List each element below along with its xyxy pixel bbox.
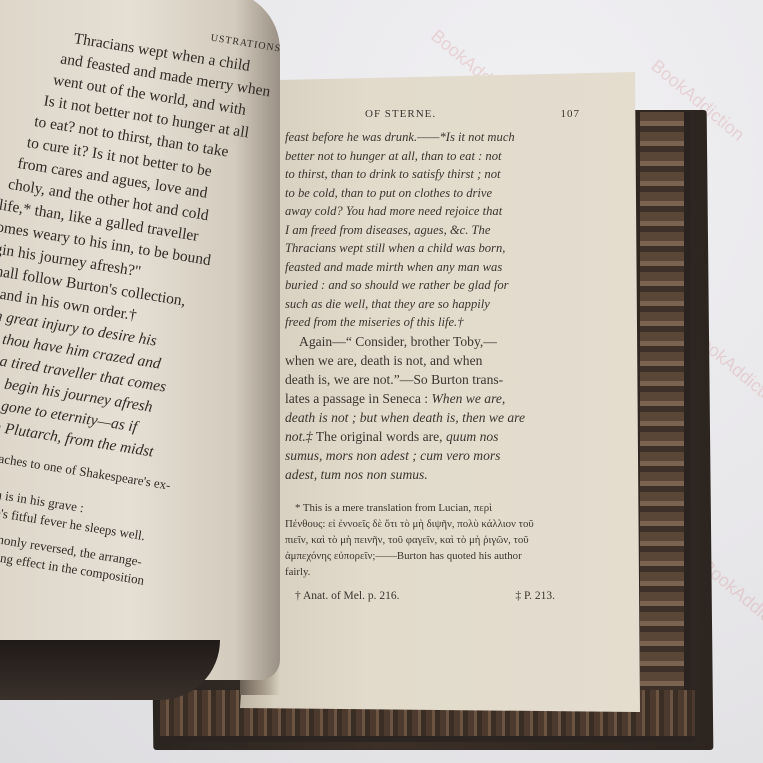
text-line: to be cold, than to put on clothes to dr… [285, 184, 580, 203]
running-head: OF STERNE. 107 [285, 108, 580, 120]
text-line: better not to hunger at all, than to eat… [285, 147, 580, 166]
footnote-line: πιεῖν, καὶ τὸ μὴ πεινῆν, τοῦ φαγεῖν, καὶ… [285, 532, 580, 548]
text-line: buried : and so should we rather be glad… [285, 276, 580, 295]
text-line: sumus, mors non adest ; cum vero mors [285, 446, 580, 465]
left-page-curl-shadow [0, 640, 220, 700]
page-number: 107 [561, 108, 581, 120]
running-head-title: OF STERNE. [365, 108, 436, 120]
footnote-references: † Anat. of Mel. p. 216. ‡ P. 213. [295, 590, 555, 602]
text-span: The original words are, [313, 429, 446, 444]
text-line: away cold? You had more need rejoice tha… [285, 202, 580, 221]
text-line: such as die well, that they are so happi… [285, 295, 580, 314]
footnote-double-dagger: ‡ P. 213. [515, 590, 555, 602]
footnote-line: Πένθους: εἰ ἐννοεῖς δὲ ὅτι τὸ μὴ διψῆν, … [285, 516, 580, 532]
text-span: When we are, [431, 391, 505, 406]
right-page-text: OF STERNE. 107 feast before he was drunk… [285, 108, 580, 602]
text-line: feast before he was drunk.——*Is it not m… [285, 128, 580, 147]
text-line: adest, tum nos non sumus. [285, 465, 580, 484]
text-line: feasted and made mirth when any man was [285, 258, 580, 277]
text-span: not.‡ [285, 429, 313, 444]
footnote-line: ἀμπεχόνης εὐπορεῖν;——Burton has quoted h… [285, 548, 580, 564]
text-span: quum nos [446, 429, 499, 444]
text-line: lates a passage in Seneca : When we are, [285, 389, 580, 408]
text-line: Thracians wept still when a child was bo… [285, 239, 580, 258]
footnote-line: * This is a mere translation from Lucian… [285, 500, 580, 516]
text-line: not.‡ The original words are, quum nos [285, 427, 580, 446]
text-line: I am freed from diseases, agues, &c. The [285, 221, 580, 240]
footnote-dagger: † Anat. of Mel. p. 216. [295, 590, 399, 602]
text-line: death is not ; but when death is, then w… [285, 408, 580, 427]
text-line: when we are, death is not, and when [285, 351, 580, 370]
text-line: to thirst, than to drink to satisfy thir… [285, 165, 580, 184]
text-span: lates a passage in Seneca : [285, 391, 431, 406]
text-line: death is, we are not.”—So Burton trans- [285, 370, 580, 389]
page-fore-edge [640, 112, 690, 722]
text-line: Again—“ Consider, brother Toby,— [285, 332, 580, 351]
footnote-line: fairly. [285, 564, 580, 580]
text-line: freed from the miseries of this life.† [285, 313, 580, 332]
